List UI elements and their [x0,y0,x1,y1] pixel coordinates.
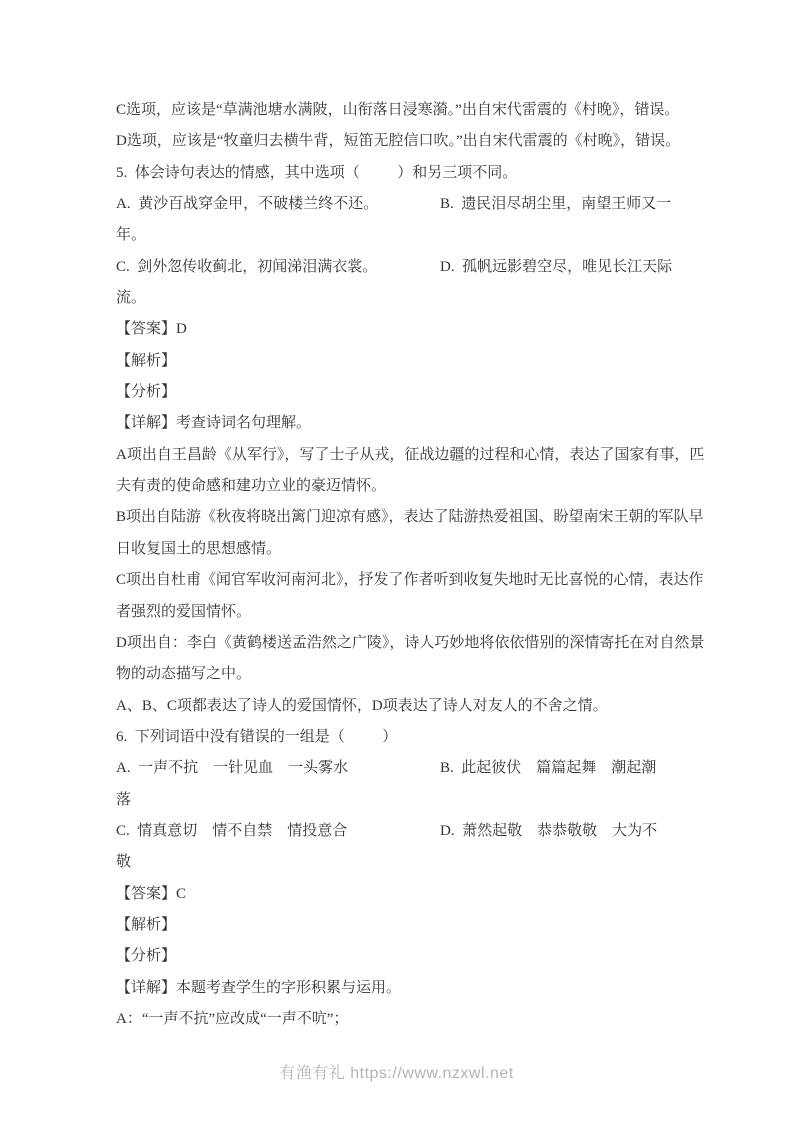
section-label: 【分析】 [116,384,176,400]
section-label: 【解析】 [116,353,176,369]
q6-option-d-wrap: 敬 [116,847,678,878]
q5-options-row-cd: C. 剑外忽传收蓟北，初闻涕泪满衣裳。D. 孤帆远影碧空尽，唯见长江天际 [116,252,678,283]
q6-options-row-ab: A. 一声不抗 一针见血 一头雾水B. 此起彼伏 篇篇起舞 潮起潮 [116,753,678,784]
q5-detail-heading: 【详解】考查诗词名句理解。 [116,408,678,439]
q5-option-b: B. 遗民泪尽胡尘里，南望王师又一 [440,189,671,220]
q5-options-row-ab: A. 黄沙百战穿金甲，不破楼兰终不还。B. 遗民泪尽胡尘里，南望王师又一 [116,189,678,220]
q6-option-b-wrap: 落 [116,785,678,816]
doc-line-text: A：“一声不抗”应改成“一声不吭”； [116,1011,348,1027]
answer-label: 【答案】D [116,321,187,337]
doc-line-text: 物的动态描写之中。 [116,666,251,682]
document-content: C选项，应该是“草满池塘水满陂，山衔落日浸寒漪。”出自宋代雷震的《村晚》，错误。… [116,95,678,1035]
q5-option-d-wrap: 流。 [116,283,678,314]
q5-analysis-c-line1: C项出自杜甫《闻官军收河南河北》，抒发了作者听到收复失地时无比喜悦的心情，表达作 [116,565,678,596]
q4-analysis-option-c: C选项，应该是“草满池塘水满陂，山衔落日浸寒漪。”出自宋代雷震的《村晚》，错误。 [116,95,678,126]
q5-option-d: D. 孤帆远影碧空尽，唯见长江天际 [440,252,672,283]
q6-analysis-a: A：“一声不抗”应改成“一声不吭”； [116,1004,678,1035]
q5-analysis-a-line1: A项出自王昌龄《从军行》，写了士子从戎，征战边疆的过程和心情，表达了国家有事，匹 [116,440,678,471]
question-5-stem: 5. 体会诗句表达的情感，其中选项（ ）和另三项不同。 [116,158,678,189]
doc-line-text: 5. 体会诗句表达的情感，其中选项（ ）和另三项不同。 [116,165,517,181]
doc-line-text: A项出自王昌龄《从军行》，写了士子从戎，征战边疆的过程和心情，表达了国家有事，匹 [116,447,704,463]
q6-option-b: B. 此起彼伏 篇篇起舞 潮起潮 [440,753,656,784]
q6-detail-heading: 【详解】本题考查学生的字形积累与运用。 [116,973,678,1004]
doc-line-text: C选项，应该是“草满池塘水满陂，山衔落日浸寒漪。”出自宋代雷震的《村晚》，错误。 [116,102,679,118]
footer-watermark: 有渔有礼 https://www.nzxwl.net [0,1060,793,1083]
doc-line-text: D项出自：李白《黄鹤楼送孟浩然之广陵》，诗人巧妙地将依依惜别的深情寄托在对自然景 [116,635,704,651]
q5-analysis-b-line1: B项出自陆游《秋夜将晓出篱门迎凉有感》，表达了陆游热爱祖国、盼望南宋王朝的军队早 [116,502,678,533]
document-page: C选项，应该是“草满池塘水满陂，山衔落日浸寒漪。”出自宋代雷震的《村晚》，错误。… [0,0,793,1122]
q4-analysis-option-d: D选项，应该是“牧童归去横牛背，短笛无腔信口吹。”出自宋代雷震的《村晚》，错误。 [116,126,678,157]
question-6-stem: 6. 下列词语中没有错误的一组是（ ） [116,722,678,753]
doc-line-text: 日收复国土的思想感情。 [116,541,281,557]
q5-analysis-b-line2: 日收复国土的思想感情。 [116,534,678,565]
doc-line-text: C项出自杜甫《闻官军收河南河北》，抒发了作者听到收复失地时无比喜悦的心情，表达作 [116,572,704,588]
q6-fenxi-label: 【分析】 [116,941,678,972]
q5-analysis-d-line1: D项出自：李白《黄鹤楼送孟浩然之广陵》，诗人巧妙地将依依惜别的深情寄托在对自然景 [116,628,678,659]
doc-line-text: 6. 下列词语中没有错误的一组是（ ） [116,729,397,745]
doc-line-text: 夫有责的使命感和建功立业的豪迈情怀。 [116,478,386,494]
doc-line-text: 敬 [116,854,131,870]
q6-jiexi-label: 【解析】 [116,910,678,941]
q6-answer: 【答案】C [116,879,678,910]
doc-line-text: B项出自陆游《秋夜将晓出篱门迎凉有感》，表达了陆游热爱祖国、盼望南宋王朝的军队早 [116,509,704,525]
doc-line-text: A、B、C项都表达了诗人的爱国情怀，D项表达了诗人对友人的不舍之情。 [116,698,608,714]
doc-line-text: D选项，应该是“牧童归去横牛背，短笛无腔信口吹。”出自宋代雷震的《村晚》，错误。 [116,133,680,149]
doc-line-text: 落 [116,792,131,808]
section-label: 【分析】 [116,948,176,964]
footer-watermark-text: 有渔有礼 https://www.nzxwl.net [279,1065,513,1082]
doc-line-text: 【详解】考查诗词名句理解。 [116,415,311,431]
q5-option-c: C. 剑外忽传收蓟北，初闻涕泪满衣裳。 [116,259,377,275]
q5-analysis-d-line2: 物的动态描写之中。 [116,659,678,690]
q5-conclusion: A、B、C项都表达了诗人的爱国情怀，D项表达了诗人对友人的不舍之情。 [116,691,678,722]
doc-line-text: 年。 [116,227,146,243]
q5-fenxi-label: 【分析】 [116,377,678,408]
q6-options-row-cd: C. 情真意切 情不自禁 情投意合D. 萧然起敬 恭恭敬敬 大为不 [116,816,678,847]
q6-option-c: C. 情真意切 情不自禁 情投意合 [116,823,347,839]
doc-line-text: 者强烈的爱国情怀。 [116,604,251,620]
q5-analysis-c-line2: 者强烈的爱国情怀。 [116,597,678,628]
section-label: 【解析】 [116,917,176,933]
q5-option-a: A. 黄沙百战穿金甲，不破楼兰终不还。 [116,196,378,212]
q6-option-a: A. 一声不抗 一针见血 一头雾水 [116,760,348,776]
q5-option-b-wrap: 年。 [116,220,678,251]
q5-analysis-a-line2: 夫有责的使命感和建功立业的豪迈情怀。 [116,471,678,502]
answer-label: 【答案】C [116,886,186,902]
q5-answer: 【答案】D [116,314,678,345]
doc-line-text: 【详解】本题考查学生的字形积累与运用。 [116,980,401,996]
q6-option-d: D. 萧然起敬 恭恭敬敬 大为不 [440,816,657,847]
q5-jiexi-label: 【解析】 [116,346,678,377]
doc-line-text: 流。 [116,290,146,306]
